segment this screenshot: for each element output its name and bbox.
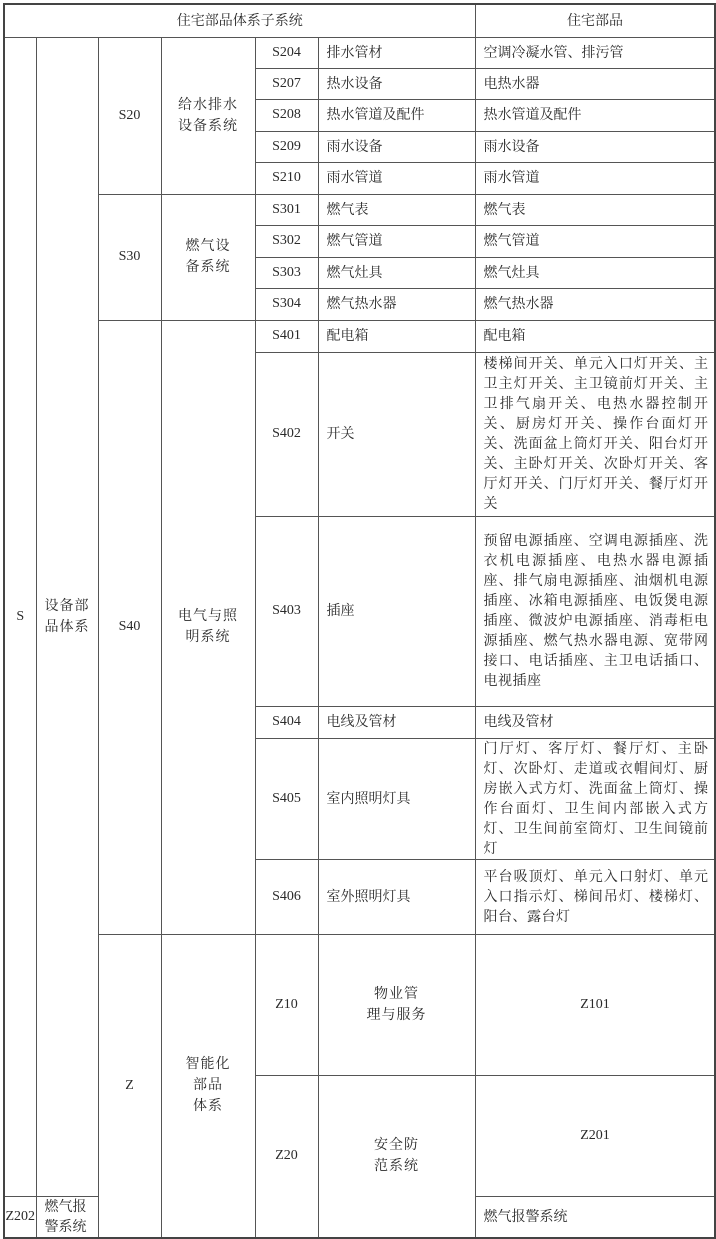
item-parts: 平台吸顶灯、单元入口射灯、单元入口指示灯、梯间吊灯、楼梯灯、阳台、露台灯 <box>475 859 715 934</box>
subsystem-name: 给水排水设备系统 <box>161 37 255 194</box>
subsystem-code: S20 <box>98 37 161 194</box>
item-code: S304 <box>255 288 318 320</box>
system-name: 设备部品体系 <box>36 37 98 1045</box>
system-code: Z <box>98 934 161 1045</box>
header-row: 住宅部品体系子系统 住宅部品 <box>4 4 715 37</box>
subsystem-name: 物业管理与服务 <box>318 934 475 1045</box>
subsystem-code: S30 <box>98 194 161 320</box>
item-name: 燃气灶具 <box>318 257 475 288</box>
item-name: 电线及管材 <box>318 706 475 738</box>
item-code: S406 <box>255 859 318 934</box>
table-row: S30 燃气设备系统 S301 燃气表 燃气表 <box>4 194 715 225</box>
system-code: S <box>4 37 36 1045</box>
item-name: 室外照明灯具 <box>318 859 475 934</box>
item-name: 排水管材 <box>318 37 475 68</box>
item-parts: 预留电源插座、空调电源插座、洗衣机电源插座、电热水器电源插座、排气扇电源插座、油… <box>475 516 715 706</box>
item-name: 燃气表 <box>318 194 475 225</box>
item-name: 热水管道及配件 <box>318 99 475 131</box>
item-parts: 配电箱 <box>475 320 715 352</box>
item-code: S401 <box>255 320 318 352</box>
table-row: S 设备部品体系 S20 给水排水设备系统 S204 排水管材 空调冷凝水管、排… <box>4 37 715 68</box>
item-parts: 雨水设备 <box>475 131 715 162</box>
item-code: S208 <box>255 99 318 131</box>
subsystem-name-line: 明系统 <box>186 629 231 645</box>
header-parts: 住宅部品 <box>475 4 715 37</box>
item-code: S302 <box>255 225 318 257</box>
subsystem-name-line: 设备系统 <box>178 118 238 134</box>
item-parts: 电线及管材 <box>475 706 715 738</box>
item-parts: 楼梯间开关、单元入口灯开关、主卫主灯开关、主卫镜前灯开关、主卫排气扇开关、电热水… <box>475 352 715 516</box>
item-code: S405 <box>255 738 318 859</box>
subsystem-code: Z10 <box>255 934 318 1045</box>
item-name: 燃气热水器 <box>318 288 475 320</box>
item-name: 插座 <box>318 516 475 706</box>
item-code: S303 <box>255 257 318 288</box>
item-code: S210 <box>255 162 318 194</box>
item-code: S301 <box>255 194 318 225</box>
table-row: S40 电气与照明系统 S401 配电箱 配电箱 <box>4 320 715 352</box>
subsystem-name: 燃气设备系统 <box>161 194 255 320</box>
item-parts: 燃气表 <box>475 194 715 225</box>
item-parts: 热水管道及配件 <box>475 99 715 131</box>
system-name: 智能化部品体系 <box>161 934 255 1045</box>
item-parts: 雨水管道 <box>475 162 715 194</box>
subsystem-name-line: 备系统 <box>186 259 231 275</box>
item-name: 热水设备 <box>318 68 475 99</box>
item-parts: 门厅灯、客厅灯、餐厅灯、主卧灯、次卧灯、走道或衣帽间灯、厨房嵌入式方灯、洗面盆上… <box>475 738 715 859</box>
item-name: 燃气管道 <box>318 225 475 257</box>
subsystem-name-line: 燃气设 <box>186 238 231 254</box>
item-code: S209 <box>255 131 318 162</box>
item-parts: 燃气灶具 <box>475 257 715 288</box>
subsystem-name-line: 物业管 <box>374 986 419 1002</box>
system-name-line: 品体系 <box>45 619 90 635</box>
item-name: 开关 <box>318 352 475 516</box>
subsystem-name: 电气与照明系统 <box>161 320 255 934</box>
subsystem-name-line: 给水排水 <box>178 97 238 113</box>
system-name-line: 设备部 <box>45 598 90 614</box>
subsystem-name-line: 电气与照 <box>178 608 238 624</box>
item-code: S403 <box>255 516 318 706</box>
item-name: 雨水设备 <box>318 131 475 162</box>
item-code: S207 <box>255 68 318 99</box>
item-parts: 电热水器 <box>475 68 715 99</box>
subsystem-code: S40 <box>98 320 161 934</box>
item-code: Z101 <box>475 934 715 1045</box>
table-row: Z 智能化部品体系 Z10 物业管理与服务 Z101 非可视对讲系统 非可视对讲… <box>4 934 715 1045</box>
subsystem-name-line: 理与服务 <box>367 1007 427 1023</box>
item-name: 雨水管道 <box>318 162 475 194</box>
item-code: S402 <box>255 352 318 516</box>
item-parts: 燃气热水器 <box>475 288 715 320</box>
item-name: 配电箱 <box>318 320 475 352</box>
housing-parts-table: 住宅部品体系子系统 住宅部品 S 设备部品体系 S20 给水排水设备系统 S20… <box>3 3 716 1045</box>
item-code: S404 <box>255 706 318 738</box>
item-name: 室内照明灯具 <box>318 738 475 859</box>
item-code: S204 <box>255 37 318 68</box>
item-parts: 燃气管道 <box>475 225 715 257</box>
item-parts: 空调冷凝水管、排污管 <box>475 37 715 68</box>
header-subsystem: 住宅部品体系子系统 <box>4 4 475 37</box>
